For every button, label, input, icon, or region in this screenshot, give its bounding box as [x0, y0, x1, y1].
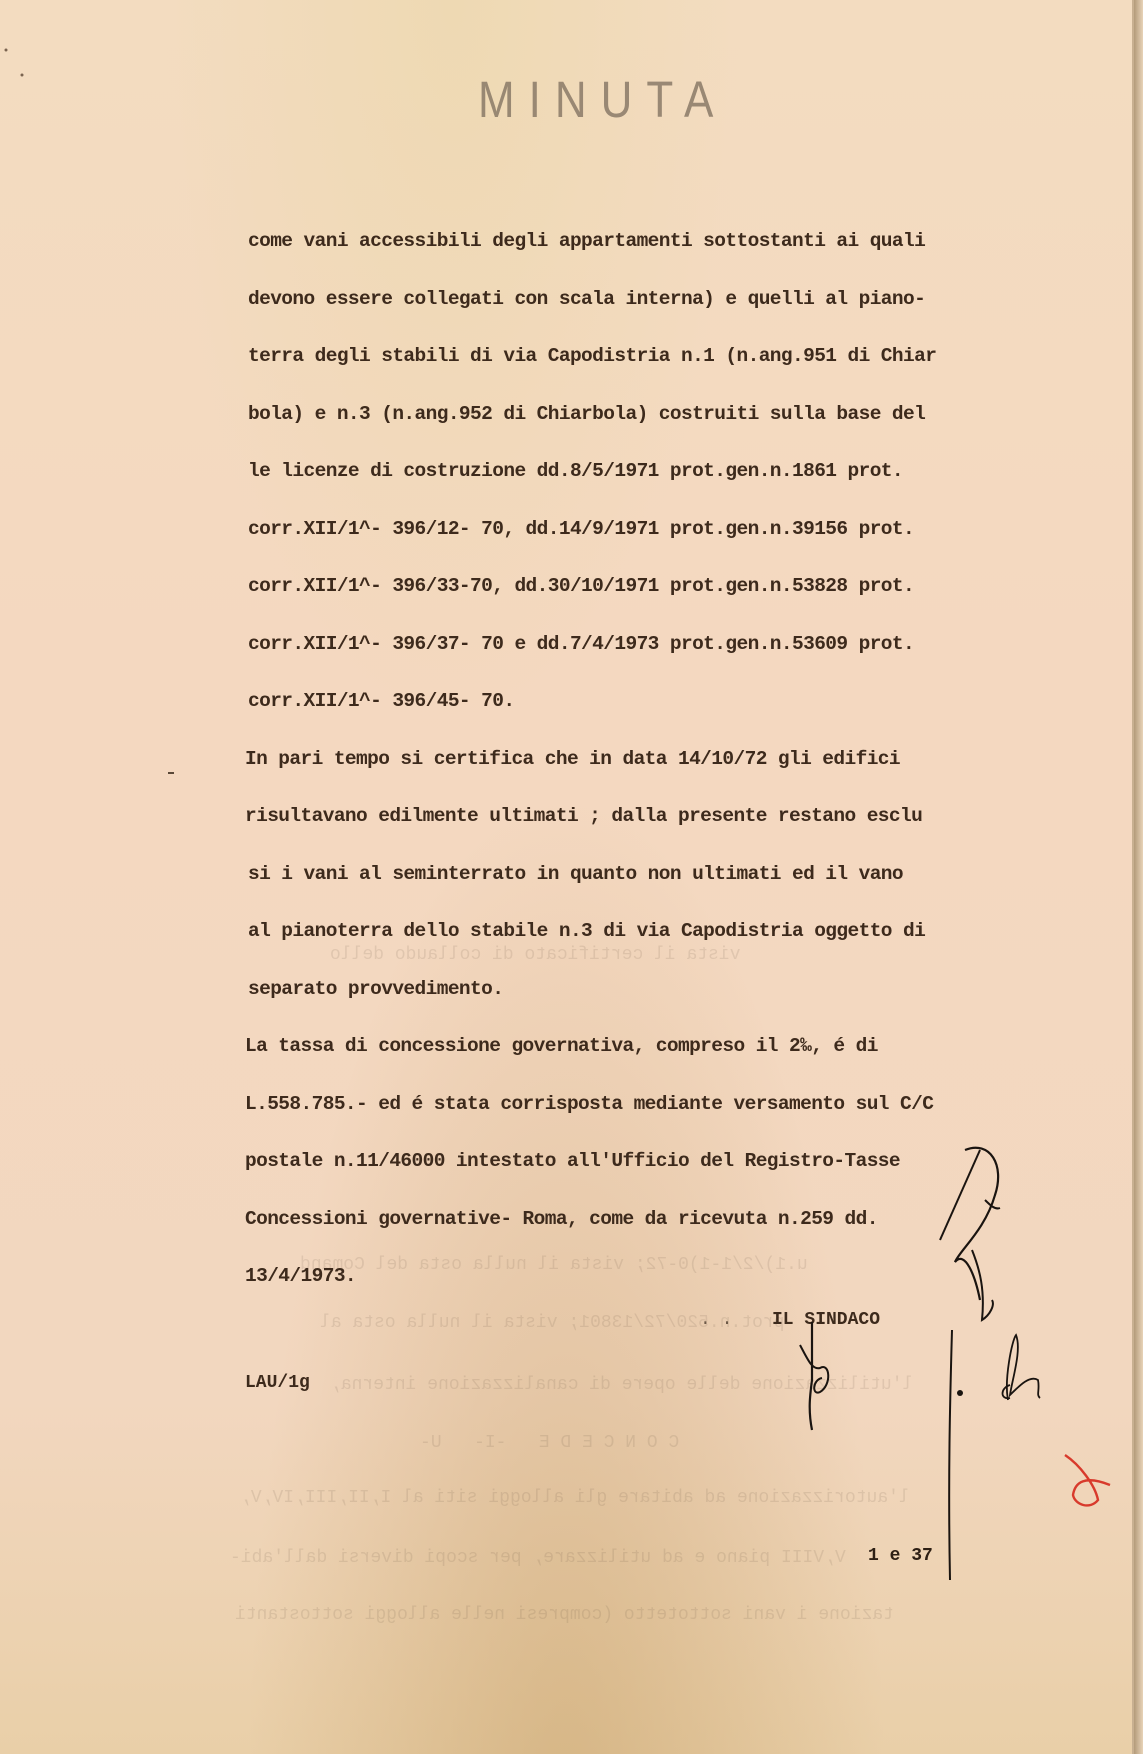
body-line: come vani accessibili degli appartamenti… — [248, 226, 1008, 284]
signatory-title: IL SINDACO — [772, 1310, 880, 1330]
page-marker: 1 e 37 — [868, 1546, 933, 1566]
ghost-line: l'autorizzazione ad abitare gli alloggi … — [240, 1488, 910, 1508]
body-line: 13/4/1973. — [245, 1261, 1008, 1319]
ghost-line: C O N C E D E -I- U- — [420, 1433, 679, 1453]
reference-initials: LAU/1g — [245, 1373, 310, 1393]
ghost-line: tazione i vani sottotetto (compresi nell… — [235, 1605, 894, 1625]
paper-edge — [1134, 0, 1143, 1754]
body-line: separato provvedimento. — [248, 974, 1008, 1032]
body-line: devono essere collegati con scala intern… — [248, 284, 1008, 342]
body-line: corr.XII/1^- 396/45- 70. — [248, 686, 1008, 744]
body-line: al pianoterra dello stabile n.3 di via C… — [248, 916, 1008, 974]
signature-dots: . . — [700, 1310, 732, 1330]
minuta-stamp: MINUTA — [478, 72, 727, 130]
body-line: In pari tempo si certifica che in data 1… — [245, 744, 1008, 802]
body-line: corr.XII/1^- 396/12- 70, dd.14/9/1971 pr… — [248, 514, 1008, 572]
ghost-line: l'utilizzazione delle opere di canalizza… — [330, 1375, 913, 1395]
body-line: postale n.11/46000 intestato all'Ufficio… — [245, 1146, 1008, 1204]
ghost-line: V,VIII piano e ad utilizzare, per scopi … — [230, 1548, 846, 1568]
body-line: le licenze di costruzione dd.8/5/1971 pr… — [248, 456, 1008, 514]
body-line: risultavano edilmente ultimati ; dalla p… — [245, 801, 1008, 859]
body-line: corr.XII/1^- 396/37- 70 e dd.7/4/1973 pr… — [248, 629, 1008, 687]
body-line: La tassa di concessione governativa, com… — [245, 1031, 1008, 1089]
body-line: L.558.785.- ed é stata corrisposta media… — [245, 1089, 1008, 1147]
body-line: terra degli stabili di via Capodistria n… — [248, 341, 1008, 399]
body-line: bola) e n.3 (n.ang.952 di Chiarbola) cos… — [248, 399, 1008, 457]
body-line: si i vani al seminterrato in quanto non … — [248, 859, 1008, 917]
document-body: come vani accessibili degli appartamenti… — [248, 226, 1008, 1319]
body-line: corr.XII/1^- 396/33-70, dd.30/10/1971 pr… — [248, 571, 1008, 629]
body-line: Concessioni governative- Roma, come da r… — [245, 1204, 1008, 1262]
